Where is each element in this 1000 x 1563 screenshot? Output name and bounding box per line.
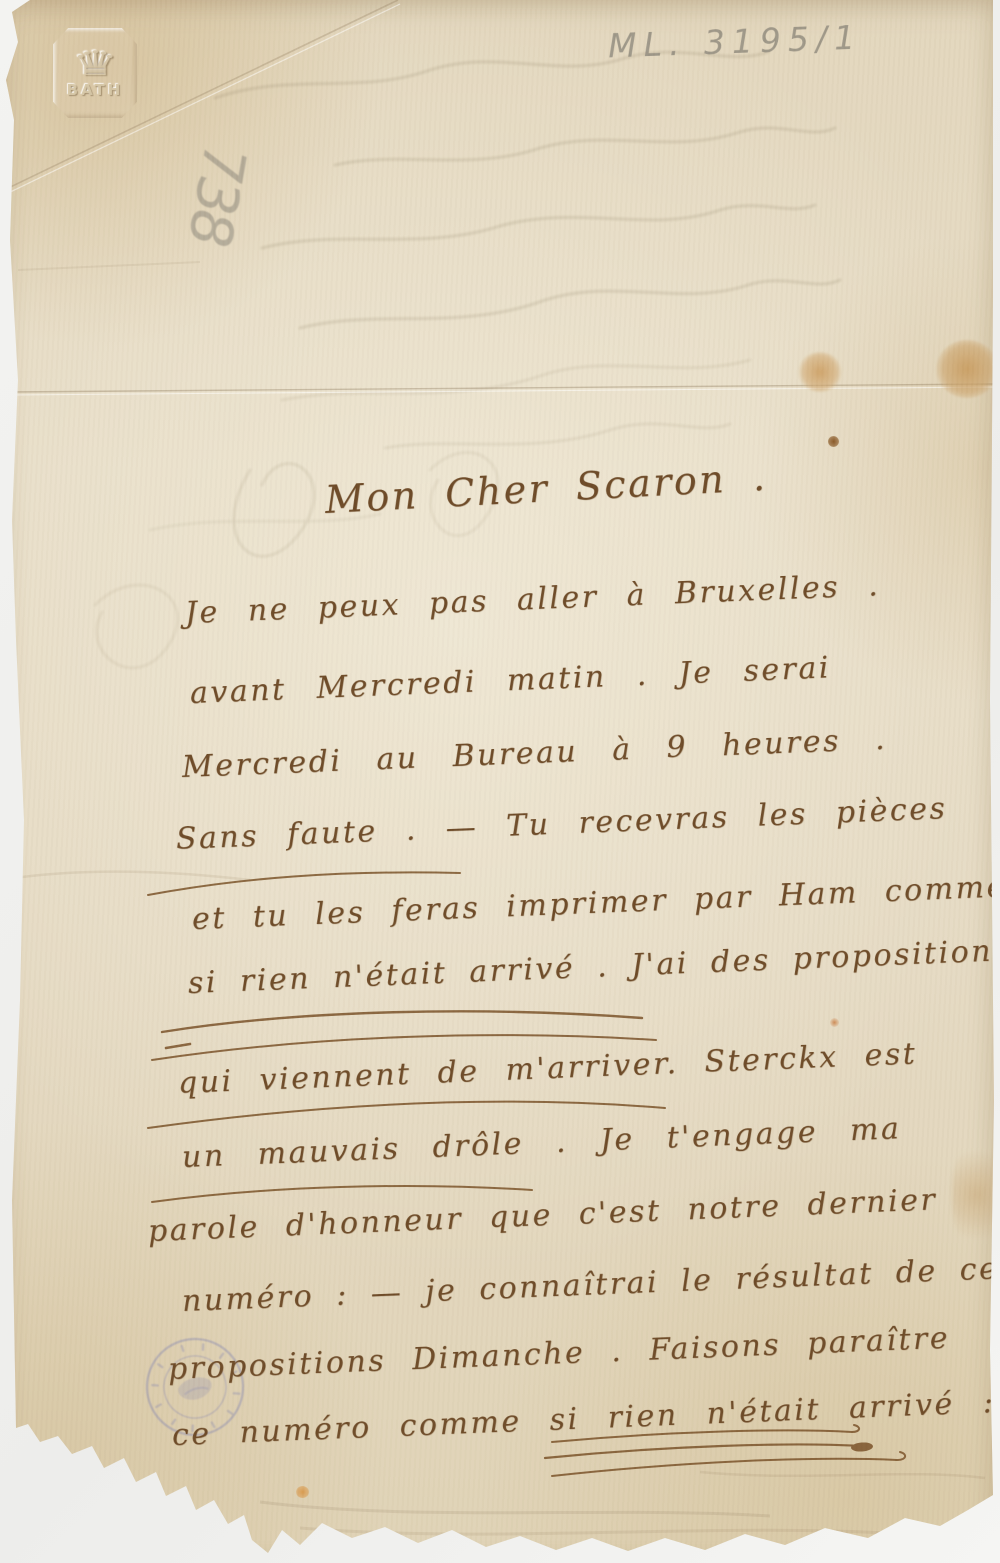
letter-line: numéro : — je connaîtrai le résultat de … [181, 1250, 1000, 1319]
letter-line: et tu les feras imprimer par Ham comme [191, 869, 1000, 937]
stain [952, 1140, 1000, 1250]
letter-line: parole d'honneur que c'est notre dernier [147, 1182, 938, 1249]
letter-line: Je ne peux pas aller à Bruxelles . [184, 568, 880, 631]
letter-line: Sans faute . — Tu recevras les pièces [175, 791, 948, 857]
stain [296, 1486, 309, 1498]
letter-line: avant Mercredi matin . Je serai [189, 650, 831, 711]
stain [798, 352, 842, 392]
stain [936, 340, 998, 398]
pencil-catalog-number: ML. 3195/1 [607, 18, 862, 66]
bath-embossed-stamp: ♛ BATH [53, 28, 137, 118]
letter-line: un mauvais drôle . Je t'engage ma [181, 1111, 902, 1175]
letter-salutation: Mon Cher Scaron . [324, 455, 768, 522]
letter-line: propositions Dimanche . Faisons paraître [167, 1321, 950, 1387]
letter-line: Mercredi au Bureau à 9 heures . [181, 722, 887, 785]
crown-icon: ♛ [72, 47, 118, 81]
letter-line: si rien n'était arrivé . J'ai des propos… [187, 933, 1000, 1001]
scanned-letter-page: ♛ BATH ML. 3195/1 738 Mon Cher Scaron . … [0, 0, 1000, 1563]
letter-line: ce numéro comme si rien n'était arrivé : [171, 1385, 996, 1453]
letter-paper: ♛ BATH ML. 3195/1 738 Mon Cher Scaron . … [0, 0, 1000, 1563]
letter-line: qui viennent de m'arriver. Sterckx est [177, 1036, 918, 1101]
pencil-folio-number: 738 [176, 135, 258, 253]
stain [830, 1018, 839, 1027]
stain [828, 436, 839, 447]
